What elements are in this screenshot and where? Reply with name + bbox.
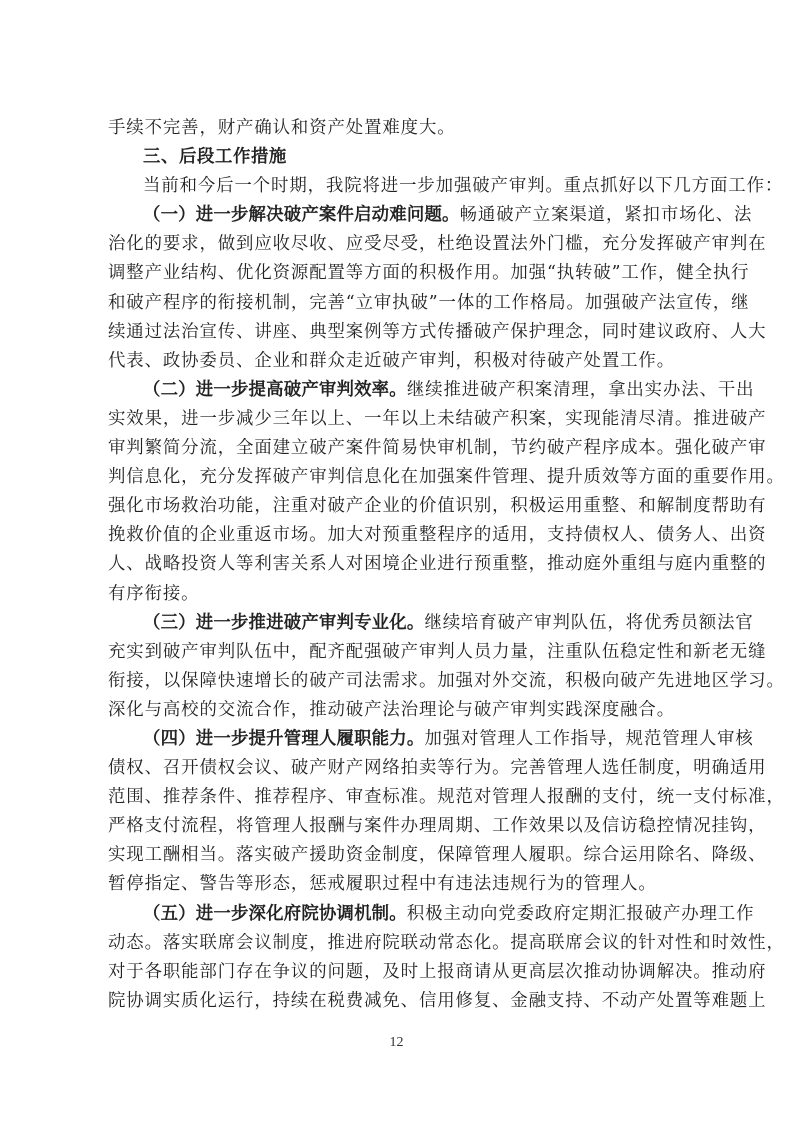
- measure-item-text: 积极主动向党委政府定期汇报破产办理工作: [407, 904, 755, 924]
- paragraph-line: 判信息化，充分发挥破产审判信息化在加强案件管理、提升质效等方面的重要作用。: [108, 463, 690, 492]
- measure-item-first-line: （三）进一步推进破产审判专业化。继续培育破产审判队伍，将优秀员额法官: [108, 609, 690, 638]
- measure-item-text: 畅通破产立案渠道，紧扣市场化、法: [460, 205, 753, 225]
- paragraph-line: 对于各职能部门存在争议的问题，及时上报商请从更高层次推动协调解决。推动府: [108, 958, 690, 987]
- measure-item-title: （五）进一步深化府院协调机制。: [143, 904, 407, 924]
- paragraph-line: 审判繁简分流，全面建立破产案件简易快审机制，节约破产程序成本。强化破产审: [108, 434, 690, 463]
- paragraph-line: 强化市场救治功能，注重对破产企业的价值识别，积极运用重整、和解制度帮助有: [108, 492, 690, 521]
- measure-item-first-line: （二）进一步提高破产审判效率。继续推进破产积案清理，拿出实办法、干出: [108, 376, 690, 405]
- measure-item-5: （五）进一步深化府院协调机制。积极主动向党委政府定期汇报破产办理工作 动态。落实…: [108, 900, 690, 1016]
- measure-item-first-line: （四）进一步提升管理人履职能力。加强对管理人工作指导，规范管理人审核: [108, 725, 690, 754]
- paragraph-line: 债权、召开债权会议、破产财产网络拍卖等行为。完善管理人选任制度，明确适用: [108, 754, 690, 783]
- measure-item-text: 继续推进破产积案清理，拿出实办法、干出: [407, 380, 755, 400]
- paragraph-line: 有序衔接。: [108, 580, 690, 609]
- paragraph-line: 严格支付流程，将管理人报酬与案件办理周期、工作效果以及信访稳控情况挂钩，: [108, 812, 690, 841]
- page-number: 12: [0, 1035, 793, 1051]
- measure-item-2: （二）进一步提高破产审判效率。继续推进破产积案清理，拿出实办法、干出 实效果，进…: [108, 376, 690, 609]
- measure-item-text: 加强对管理人工作指导，规范管理人审核: [424, 729, 753, 749]
- measure-item-1: （一）进一步解决破产案件启动难问题。畅通破产立案渠道，紧扣市场化、法 治化的要求…: [108, 201, 690, 376]
- paragraph-line: 深化与高校的交流合作，推动破产法治理论与破产审判实践深度融合。: [108, 696, 690, 725]
- measure-item-title: （二）进一步提高破产审判效率。: [143, 380, 407, 400]
- paragraph-line: 治化的要求，做到应收尽收、应受尽受，杜绝设置法外门槛，充分发挥破产审判在: [108, 230, 690, 259]
- paragraph-line: 实现工酬相当。落实破产援助资金制度，保障管理人履职。综合运用除名、降级、: [108, 841, 690, 870]
- measure-item-title: （三）进一步推进破产审判专业化。: [143, 613, 424, 633]
- continuation-line: 手续不完善，财产确认和资产处置难度大。: [108, 114, 690, 143]
- measure-item-title: （一）进一步解决破产案件启动难问题。: [143, 205, 460, 225]
- paragraph-line: 动态。落实联席会议制度，推进府院联动常态化。提高联席会议的针对性和时效性，: [108, 929, 690, 958]
- paragraph-line: 实效果，进一步减少三年以上、一年以上未结破产积案，实现能清尽清。推进破产: [108, 405, 690, 434]
- measure-item-title: （四）进一步提升管理人履职能力。: [143, 729, 424, 749]
- paragraph-line: 挽救价值的企业重返市场。加大对预重整程序的适用，支持债权人、债务人、出资: [108, 521, 690, 550]
- measure-item-first-line: （五）进一步深化府院协调机制。积极主动向党委政府定期汇报破产办理工作: [108, 900, 690, 929]
- paragraph-line: 代表、政协委员、企业和群众走近破产审判，积极对待破产处置工作。: [108, 347, 690, 376]
- paragraph-line: 院协调实质化运行，持续在税费减免、信用修复、金融支持、不动产处置等难题上: [108, 987, 690, 1016]
- intro-paragraph: 当前和今后一个时期，我院将进一步加强破产审判。重点抓好以下几方面工作：: [108, 172, 690, 201]
- document-page: 手续不完善，财产确认和资产处置难度大。 三、后段工作措施 当前和今后一个时期，我…: [108, 114, 690, 1016]
- measure-item-4: （四）进一步提升管理人履职能力。加强对管理人工作指导，规范管理人审核 债权、召开…: [108, 725, 690, 900]
- measure-item-3: （三）进一步推进破产审判专业化。继续培育破产审判队伍，将优秀员额法官 充实到破产…: [108, 609, 690, 725]
- paragraph-line: 和破产程序的衔接机制，完善“立审执破”一体的工作格局。加强破产法宣传，继: [108, 289, 690, 318]
- paragraph-line: 充实到破产审判队伍中，配齐配强破产审判人员力量，注重队伍稳定性和新老无缝: [108, 638, 690, 667]
- measure-item-first-line: （一）进一步解决破产案件启动难问题。畅通破产立案渠道，紧扣市场化、法: [108, 201, 690, 230]
- section-heading: 三、后段工作措施: [108, 143, 690, 172]
- paragraph-line: 范围、推荐条件、推荐程序、审查标准。规范对管理人报酬的支付，统一支付标准，: [108, 783, 690, 812]
- paragraph-line: 暂停指定、警告等形态，惩戒履职过程中有违法违规行为的管理人。: [108, 870, 690, 899]
- paragraph-line: 人、战略投资人等利害关系人对困境企业进行预重整，推动庭外重组与庭内重整的: [108, 550, 690, 579]
- paragraph-line: 调整产业结构、优化资源配置等方面的积极作用。加强“执转破”工作，健全执行: [108, 259, 690, 288]
- paragraph-line: 衔接，以保障快速增长的破产司法需求。加强对外交流，积极向破产先进地区学习。: [108, 667, 690, 696]
- measure-item-text: 继续培育破产审判队伍，将优秀员额法官: [424, 613, 753, 633]
- paragraph-line: 续通过法治宣传、讲座、典型案例等方式传播破产保护理念，同时建议政府、人大: [108, 318, 690, 347]
